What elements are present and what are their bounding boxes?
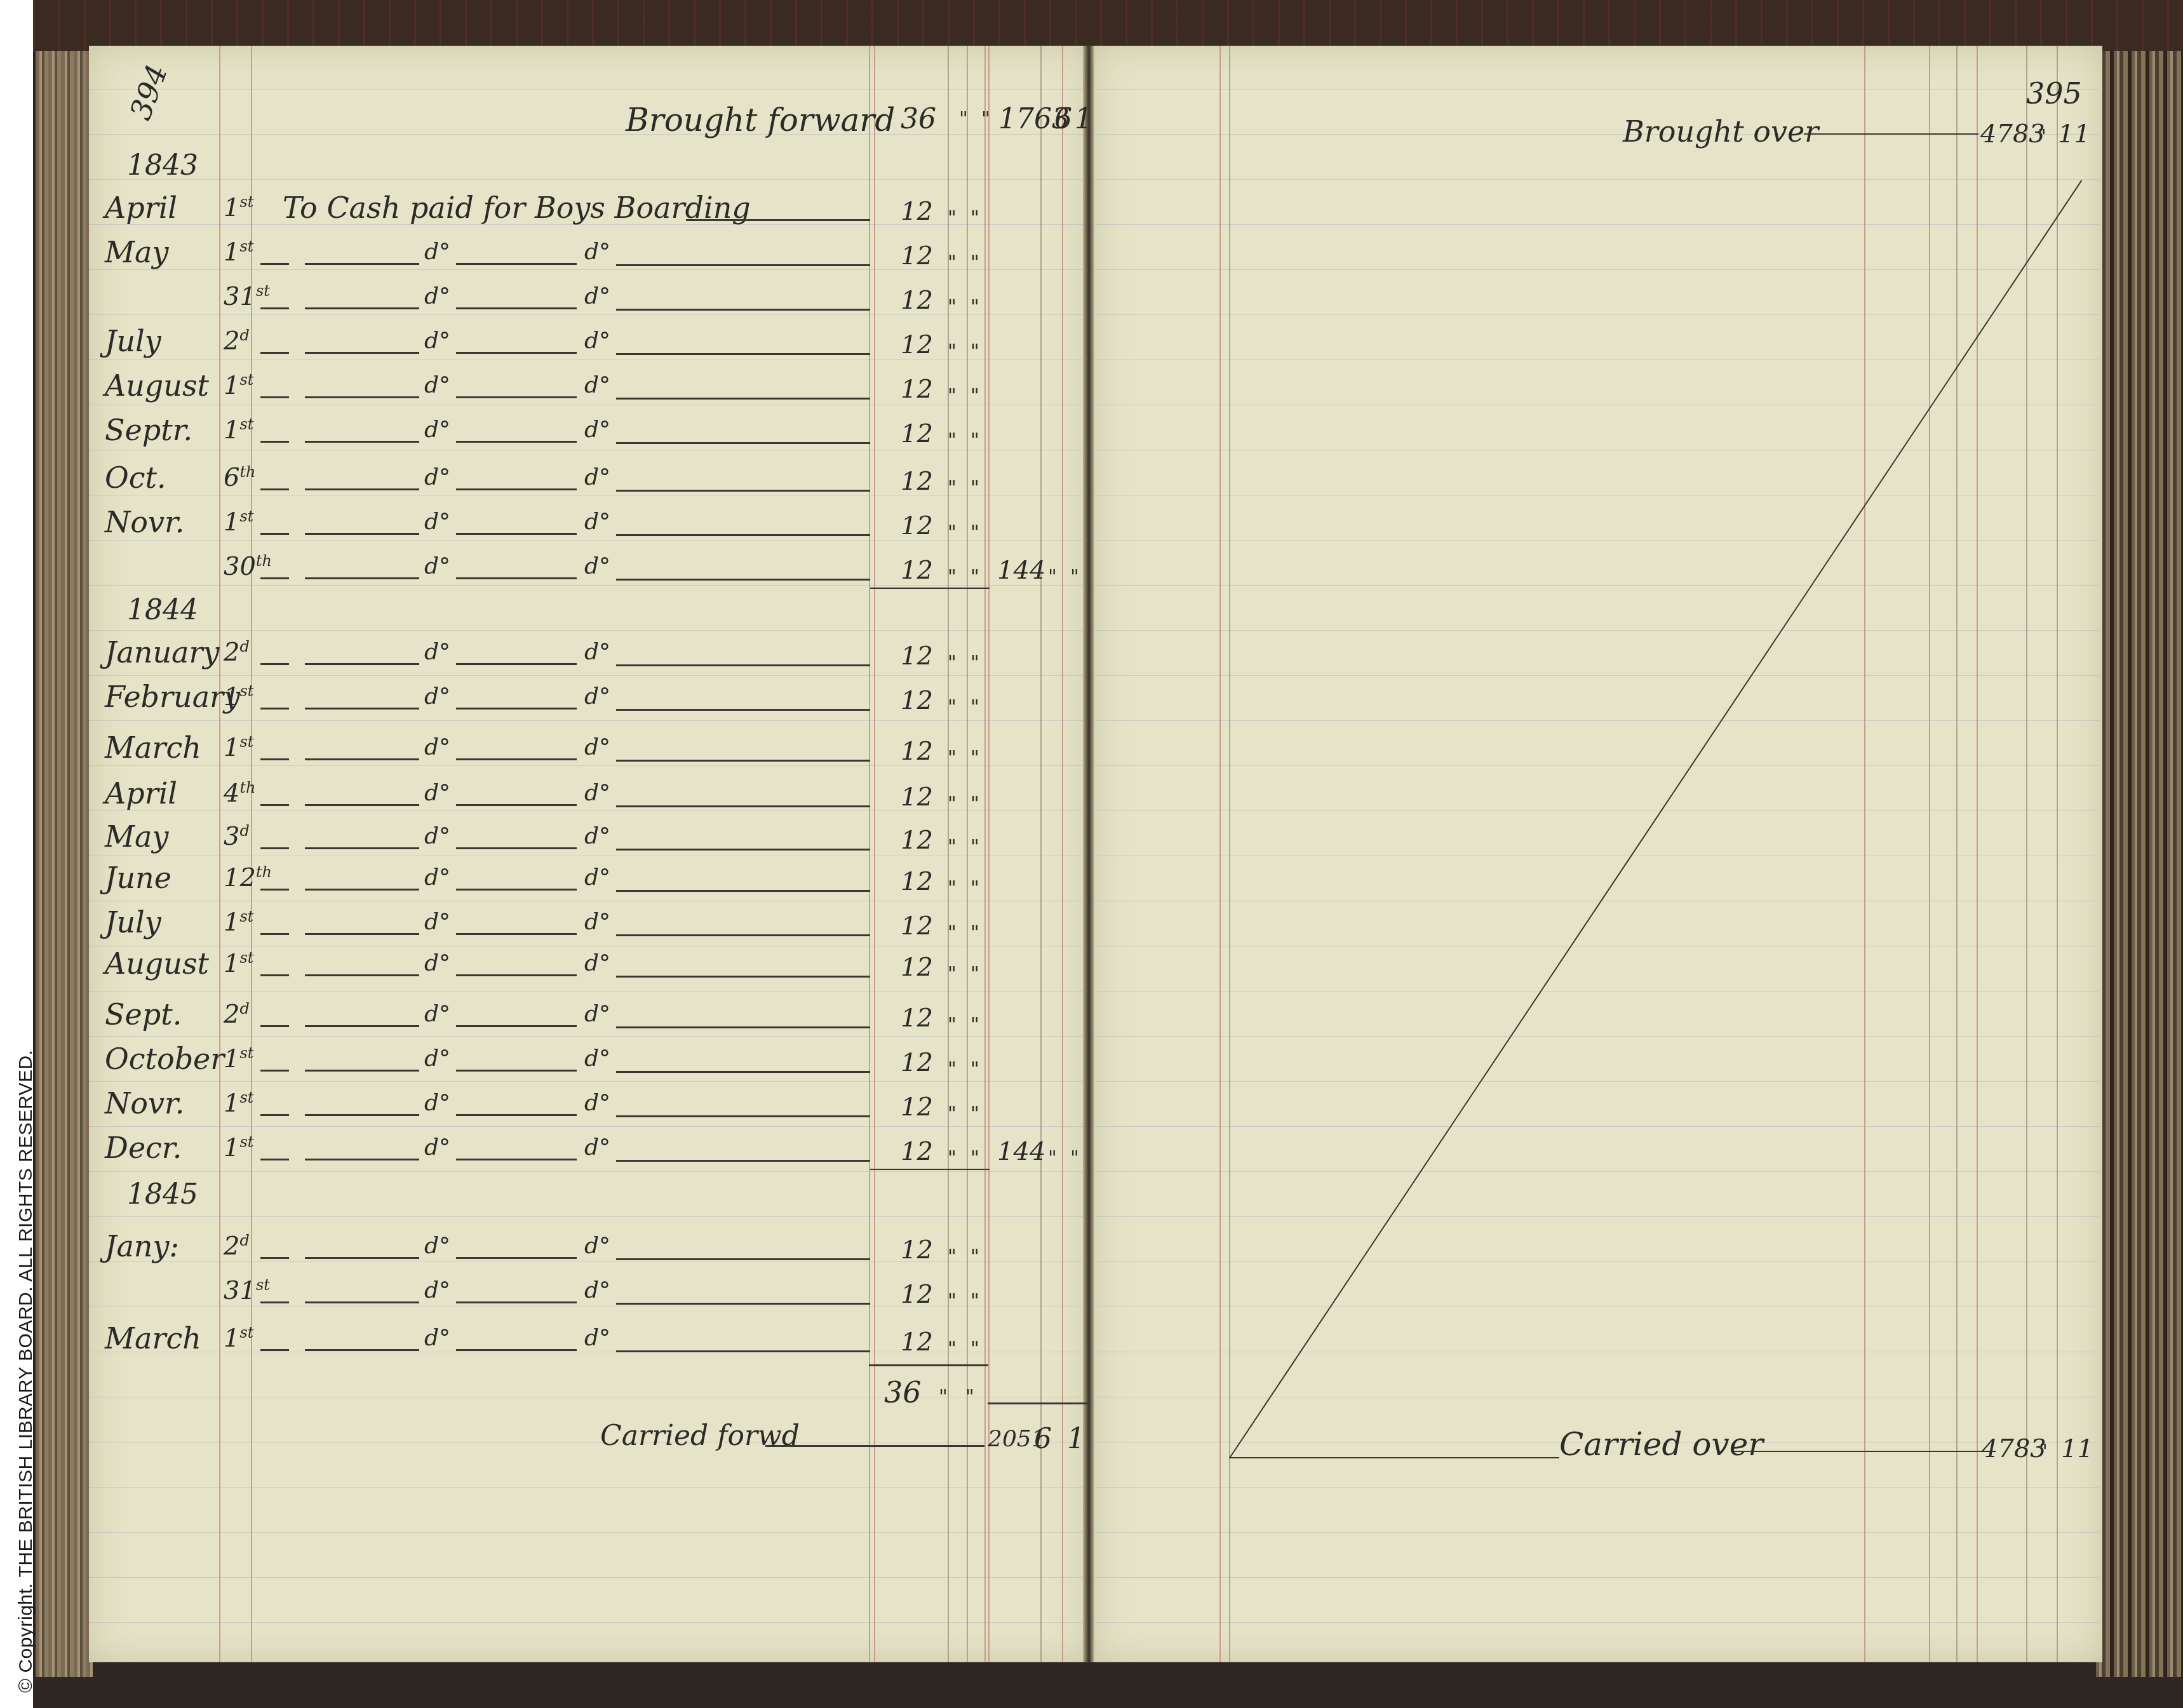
ditto-mark: d°	[584, 780, 610, 806]
ditto-mark: d°	[584, 1277, 610, 1303]
leader-line	[305, 663, 419, 665]
brought-forward-col1: 36	[901, 103, 936, 135]
day-suffix: d	[239, 326, 249, 344]
leader-line	[616, 976, 870, 978]
leader-line	[260, 889, 289, 891]
entry-shillings: "	[948, 747, 957, 769]
entry-day: 1st	[224, 1133, 253, 1162]
ruled-line	[89, 314, 1083, 315]
column-rule	[1864, 46, 1865, 1662]
entry-day: 4th	[224, 779, 256, 808]
entry-shillings: "	[948, 836, 957, 858]
entry-pence: "	[971, 566, 979, 588]
ruled-line	[1096, 946, 2099, 946]
entry-amount: 12	[901, 1137, 933, 1166]
ruled-line	[1096, 720, 2099, 721]
leader-line	[616, 309, 870, 311]
leader-line	[305, 577, 419, 579]
ditto-mark: d°	[584, 1325, 610, 1351]
ditto-mark: d°	[424, 372, 450, 398]
entry-pence: "	[971, 385, 979, 407]
year-subtotal-d: "	[1070, 1147, 1079, 1169]
ditto-mark: d°	[424, 283, 450, 309]
ruled-line	[89, 1307, 1083, 1307]
entry-shillings: "	[948, 1014, 957, 1036]
day-number: 1	[224, 238, 239, 267]
leader-line	[616, 1071, 870, 1073]
leader-line	[305, 533, 419, 535]
day-suffix: th	[256, 863, 272, 881]
leader-line	[616, 579, 870, 581]
entry-pence: "	[971, 877, 979, 899]
leader-line	[686, 219, 870, 221]
leader-line	[305, 974, 419, 976]
leader-line	[260, 1301, 289, 1303]
book-cover-top	[33, 0, 2183, 51]
leader-line	[305, 1114, 419, 1116]
day-number: 1	[224, 1324, 239, 1353]
entry-amount: 12	[901, 419, 933, 448]
entry-day: 1st	[224, 733, 253, 762]
leader-line	[616, 534, 870, 536]
day-number: 1	[224, 1133, 239, 1162]
entry-day: 1st	[224, 1044, 253, 1073]
subtotal-rule	[870, 588, 990, 589]
leader-line	[305, 352, 419, 354]
ditto-mark: d°	[584, 734, 610, 760]
ditto-mark: d°	[584, 509, 610, 535]
ruled-line	[1096, 450, 2099, 450]
ditto-mark: d°	[584, 328, 610, 354]
ruled-line	[1096, 765, 2099, 766]
ruled-line	[89, 1577, 1083, 1578]
entry-amount: 12	[901, 241, 933, 271]
ditto-mark: d°	[424, 328, 450, 354]
ruled-line	[89, 1397, 1083, 1397]
page-edges-left	[36, 51, 93, 1677]
entry-day: 1st	[224, 508, 253, 537]
day-number: 1	[224, 508, 239, 537]
ruled-line	[1096, 1532, 2099, 1533]
day-suffix: st	[239, 682, 253, 700]
ditto-mark: d°	[584, 909, 610, 935]
ruled-line	[89, 179, 1083, 180]
entry-month: March	[105, 730, 201, 765]
day-suffix: d	[239, 1232, 249, 1249]
year-heading: 1843	[127, 149, 198, 182]
entry-day: 6th	[224, 463, 256, 492]
brought-forward-col3: "	[981, 108, 990, 130]
entry-day: 1st	[224, 682, 253, 711]
entry-pence: "	[971, 429, 979, 452]
entry-day: 2d	[224, 1232, 250, 1261]
leader-line	[456, 263, 577, 265]
entry-amount: 12	[901, 867, 933, 896]
leader-line	[305, 396, 419, 398]
ruled-line	[1096, 901, 2099, 901]
leader-line	[305, 1070, 419, 1072]
entry-pence: "	[971, 836, 979, 858]
entry-month: January	[105, 635, 220, 669]
entry-amount: 12	[901, 1280, 933, 1309]
ruled-line	[89, 810, 1083, 811]
entry-month: Jany:	[105, 1229, 179, 1263]
entry-shillings: "	[948, 252, 957, 274]
leader-line	[616, 398, 870, 400]
entry-day: 1st	[224, 1324, 253, 1353]
ruled-line	[1096, 1036, 2099, 1037]
entry-day: 3d	[224, 822, 250, 851]
ledger-page-right	[1092, 46, 2102, 1662]
leader-line	[305, 933, 419, 935]
day-number: 30	[224, 552, 256, 581]
ruled-line	[1096, 585, 2099, 586]
ruled-line	[1096, 224, 2099, 225]
carried-over-shillings: "	[2039, 1441, 2048, 1463]
entry-pence: "	[971, 252, 979, 274]
leader-line	[260, 1257, 289, 1259]
year-1845-subtotal-s: "	[939, 1386, 948, 1408]
ditto-mark: d°	[584, 864, 610, 891]
ruled-line	[1096, 1307, 2099, 1307]
day-number: 1	[224, 908, 239, 937]
leader-line	[456, 758, 577, 760]
subtotal-rule	[869, 1364, 988, 1366]
ruled-line	[1096, 1261, 2099, 1262]
day-suffix: d	[239, 1000, 249, 1018]
ditto-mark: d°	[584, 1233, 610, 1259]
leader-line	[305, 1159, 419, 1160]
entry-month: August	[105, 368, 209, 403]
entry-pence: "	[971, 1246, 979, 1268]
ditto-mark: d°	[424, 734, 450, 760]
ditto-mark: d°	[584, 1046, 610, 1072]
leader-line	[260, 488, 289, 490]
entry-month: February	[105, 680, 240, 714]
leader-line	[456, 488, 577, 490]
day-number: 3	[224, 822, 239, 851]
book-spine	[1083, 46, 1094, 1662]
ruled-line	[89, 765, 1083, 766]
entry-shillings: "	[948, 1290, 957, 1312]
ruled-line	[89, 1532, 1083, 1533]
ruled-line	[89, 1081, 1083, 1082]
carried-forward-leader	[765, 1445, 984, 1447]
leader-line	[456, 1257, 577, 1259]
carried-over-label: Carried over	[1559, 1426, 1763, 1463]
entry-shillings: "	[948, 1338, 957, 1360]
day-suffix: st	[239, 508, 253, 525]
total-rule	[988, 1402, 1089, 1404]
leader-line	[456, 577, 577, 579]
ruled-line	[89, 585, 1083, 586]
leader-line	[305, 804, 419, 806]
ruled-line	[1096, 1216, 2099, 1217]
day-number: 1	[224, 193, 239, 222]
day-number: 1	[224, 682, 239, 711]
ditto-mark: d°	[584, 683, 610, 709]
leader-line	[260, 663, 289, 665]
ruled-line	[89, 720, 1083, 721]
leader-line	[616, 1160, 870, 1162]
entry-pence: "	[971, 747, 979, 769]
leader-line	[305, 263, 419, 265]
leader-line	[616, 664, 870, 666]
day-number: 1	[224, 733, 239, 762]
day-number: 2	[224, 1000, 239, 1029]
page-edges-right	[2096, 51, 2183, 1677]
leader-line	[260, 933, 289, 935]
entry-month: May	[105, 819, 169, 854]
entry-pence: "	[971, 1147, 979, 1169]
year-1845-subtotal: 36	[884, 1375, 922, 1409]
leader-line	[305, 1301, 419, 1303]
entry-amount: 12	[901, 286, 933, 315]
day-number: 31	[224, 282, 256, 311]
ruled-line	[1096, 1126, 2099, 1127]
day-number: 6	[224, 463, 239, 492]
brought-forward-col2: "	[959, 108, 968, 130]
column-rule	[219, 46, 220, 1662]
ruled-line	[1096, 1577, 2099, 1578]
ditto-mark: d°	[424, 553, 450, 579]
day-suffix: th	[239, 463, 255, 481]
ditto-mark: d°	[424, 464, 450, 490]
day-suffix: st	[256, 1276, 270, 1294]
ruled-line	[1096, 991, 2099, 992]
leader-line	[456, 974, 577, 976]
ditto-mark: d°	[584, 283, 610, 309]
ruled-line	[1096, 1171, 2099, 1172]
entry-shillings: "	[948, 296, 957, 318]
ditto-mark: d°	[424, 950, 450, 976]
entry-pence: "	[971, 521, 979, 544]
ditto-mark: d°	[424, 864, 450, 891]
entry-shillings: "	[948, 1246, 957, 1268]
leader-line	[305, 708, 419, 709]
ruled-line	[89, 269, 1083, 270]
ditto-mark: d°	[424, 1277, 450, 1303]
entry-pence: "	[971, 1290, 979, 1312]
ditto-mark: d°	[584, 1134, 610, 1160]
ruled-line	[89, 1126, 1083, 1127]
leader-line	[260, 708, 289, 709]
leader-line	[616, 805, 870, 807]
day-suffix: d	[239, 822, 249, 840]
entry-day: 1st	[224, 238, 253, 267]
carried-over-base-line	[1229, 1457, 1559, 1458]
leader-line	[616, 849, 870, 851]
ruled-line	[1096, 1352, 2099, 1352]
entry-day: 1st	[224, 415, 253, 445]
entry-shillings: "	[948, 922, 957, 944]
ditto-mark: d°	[584, 553, 610, 579]
entry-pence: "	[971, 1338, 979, 1360]
ditto-mark: d°	[584, 1001, 610, 1027]
leader-line	[305, 441, 419, 443]
entry-shillings: "	[948, 477, 957, 499]
column-rule	[874, 46, 875, 1662]
entry-pence: "	[971, 1103, 979, 1125]
ruled-line	[1096, 495, 2099, 495]
column-rule	[1929, 46, 1930, 1662]
entry-month: August	[105, 946, 209, 981]
ruled-line	[89, 405, 1083, 405]
ditto-mark: d°	[424, 639, 450, 665]
entry-shillings: "	[948, 1103, 957, 1125]
ruled-line	[89, 630, 1083, 631]
ruled-line	[1096, 179, 2099, 180]
leader-line	[616, 264, 870, 266]
leader-line	[616, 1026, 870, 1028]
brought-over-leader	[1804, 133, 1978, 135]
ditto-mark: d°	[584, 823, 610, 849]
ruled-line	[89, 1487, 1083, 1488]
entry-day: 1st	[224, 371, 253, 400]
entry-amount: 12	[901, 953, 933, 982]
entry-day: 1st	[224, 1089, 253, 1118]
column-rule	[869, 46, 870, 1662]
entry-shillings: "	[948, 696, 957, 718]
ditto-mark: d°	[584, 239, 610, 265]
day-suffix: d	[239, 638, 249, 656]
leader-line	[305, 1349, 419, 1351]
leader-line	[616, 1258, 870, 1260]
ditto-mark: d°	[584, 417, 610, 443]
ruled-line	[89, 1216, 1083, 1217]
leader-line	[260, 441, 289, 443]
ditto-mark: d°	[424, 683, 450, 709]
entry-amount: 12	[901, 911, 933, 941]
leader-line	[260, 1025, 289, 1027]
entry-month: June	[105, 861, 171, 895]
ditto-mark: d°	[424, 239, 450, 265]
carried-over-pounds: 4783	[1982, 1434, 2046, 1463]
leader-line	[456, 663, 577, 665]
entry-shillings: "	[948, 340, 957, 363]
leader-line	[260, 758, 289, 760]
entry-pence: "	[971, 793, 979, 815]
leader-line	[456, 933, 577, 935]
leader-line	[305, 847, 419, 849]
ruled-line	[89, 360, 1083, 360]
day-number: 12	[224, 863, 256, 892]
entry-amount: 12	[901, 1328, 933, 1357]
entry-shillings: "	[948, 566, 957, 588]
ditto-mark: d°	[424, 1090, 450, 1116]
day-suffix: st	[239, 733, 253, 751]
entry-month: October	[105, 1042, 224, 1076]
year-subtotal-s: "	[1048, 1147, 1057, 1169]
entry-shillings: "	[948, 877, 957, 899]
leader-line	[456, 1114, 577, 1116]
entry-day: 1st	[224, 949, 253, 978]
leader-line	[260, 1070, 289, 1072]
leader-line	[456, 708, 577, 709]
entry-month: Decr.	[105, 1131, 182, 1165]
entry-month: Septr.	[105, 413, 192, 447]
carried-forward-pence: 1	[1067, 1423, 1085, 1455]
entry-amount: 12	[901, 375, 933, 404]
ruled-line	[1096, 675, 2099, 676]
column-rule	[1040, 46, 1042, 1662]
ruled-line	[89, 675, 1083, 676]
ditto-mark: d°	[584, 639, 610, 665]
entry-day: 2d	[224, 1000, 250, 1029]
entry-shillings: "	[948, 963, 957, 985]
entry-month: July	[105, 905, 161, 939]
column-rule	[1956, 46, 1958, 1662]
ditto-mark: d°	[424, 1233, 450, 1259]
ditto-mark: d°	[424, 1134, 450, 1160]
carried-forward-label: Carried forwd	[600, 1420, 800, 1452]
ruled-line	[89, 991, 1083, 992]
entry-pence: "	[971, 296, 979, 318]
ruled-line	[89, 89, 1083, 90]
ruled-line	[89, 1171, 1083, 1172]
brought-over-label: Brought over	[1623, 114, 1818, 149]
entry-pence: "	[971, 922, 979, 944]
entry-shillings: "	[948, 1058, 957, 1080]
ditto-mark: d°	[584, 372, 610, 398]
leader-line	[456, 533, 577, 535]
ruled-line	[1096, 1487, 2099, 1488]
leader-line	[260, 263, 289, 265]
ditto-mark: d°	[424, 1001, 450, 1027]
day-suffix: st	[239, 1324, 253, 1342]
ruled-line	[1096, 630, 2099, 631]
ruled-line	[1096, 1397, 2099, 1397]
leader-line	[616, 934, 870, 936]
brought-forward-pence: 1	[1075, 103, 1092, 135]
entry-shillings: "	[948, 207, 957, 229]
brought-over-pence: 11	[2058, 119, 2090, 149]
ruled-line	[89, 1036, 1083, 1037]
entry-amount: 12	[901, 556, 933, 585]
day-suffix: st	[239, 1044, 253, 1062]
leader-line	[616, 353, 870, 355]
entry-day: 1st	[224, 908, 253, 937]
ditto-mark: d°	[584, 464, 610, 490]
column-rule	[1229, 46, 1230, 1662]
entry-day: 2d	[224, 326, 250, 356]
entry-month: Novr.	[105, 1086, 185, 1120]
leader-line	[616, 709, 870, 711]
entry-amount: 12	[901, 826, 933, 855]
ruled-line	[1096, 1622, 2099, 1623]
entry-amount: 12	[901, 467, 933, 496]
ruled-line	[1096, 810, 2099, 811]
entry-month: April	[105, 776, 177, 810]
leader-line	[260, 847, 289, 849]
leader-line	[305, 1025, 419, 1027]
ditto-mark: d°	[424, 417, 450, 443]
year-heading: 1844	[127, 594, 198, 626]
day-number: 1	[224, 1089, 239, 1118]
entry-month: March	[105, 1321, 201, 1355]
leader-line	[305, 307, 419, 309]
leader-line	[260, 352, 289, 354]
ruled-line	[1096, 856, 2099, 856]
year-subtotal-d: "	[1070, 566, 1079, 588]
ruled-line	[1096, 89, 2099, 90]
day-suffix: st	[239, 1133, 253, 1151]
column-rule	[2026, 46, 2027, 1662]
day-suffix: st	[239, 371, 253, 389]
day-suffix: th	[256, 552, 272, 570]
entry-month: July	[105, 324, 161, 358]
leader-line	[456, 847, 577, 849]
